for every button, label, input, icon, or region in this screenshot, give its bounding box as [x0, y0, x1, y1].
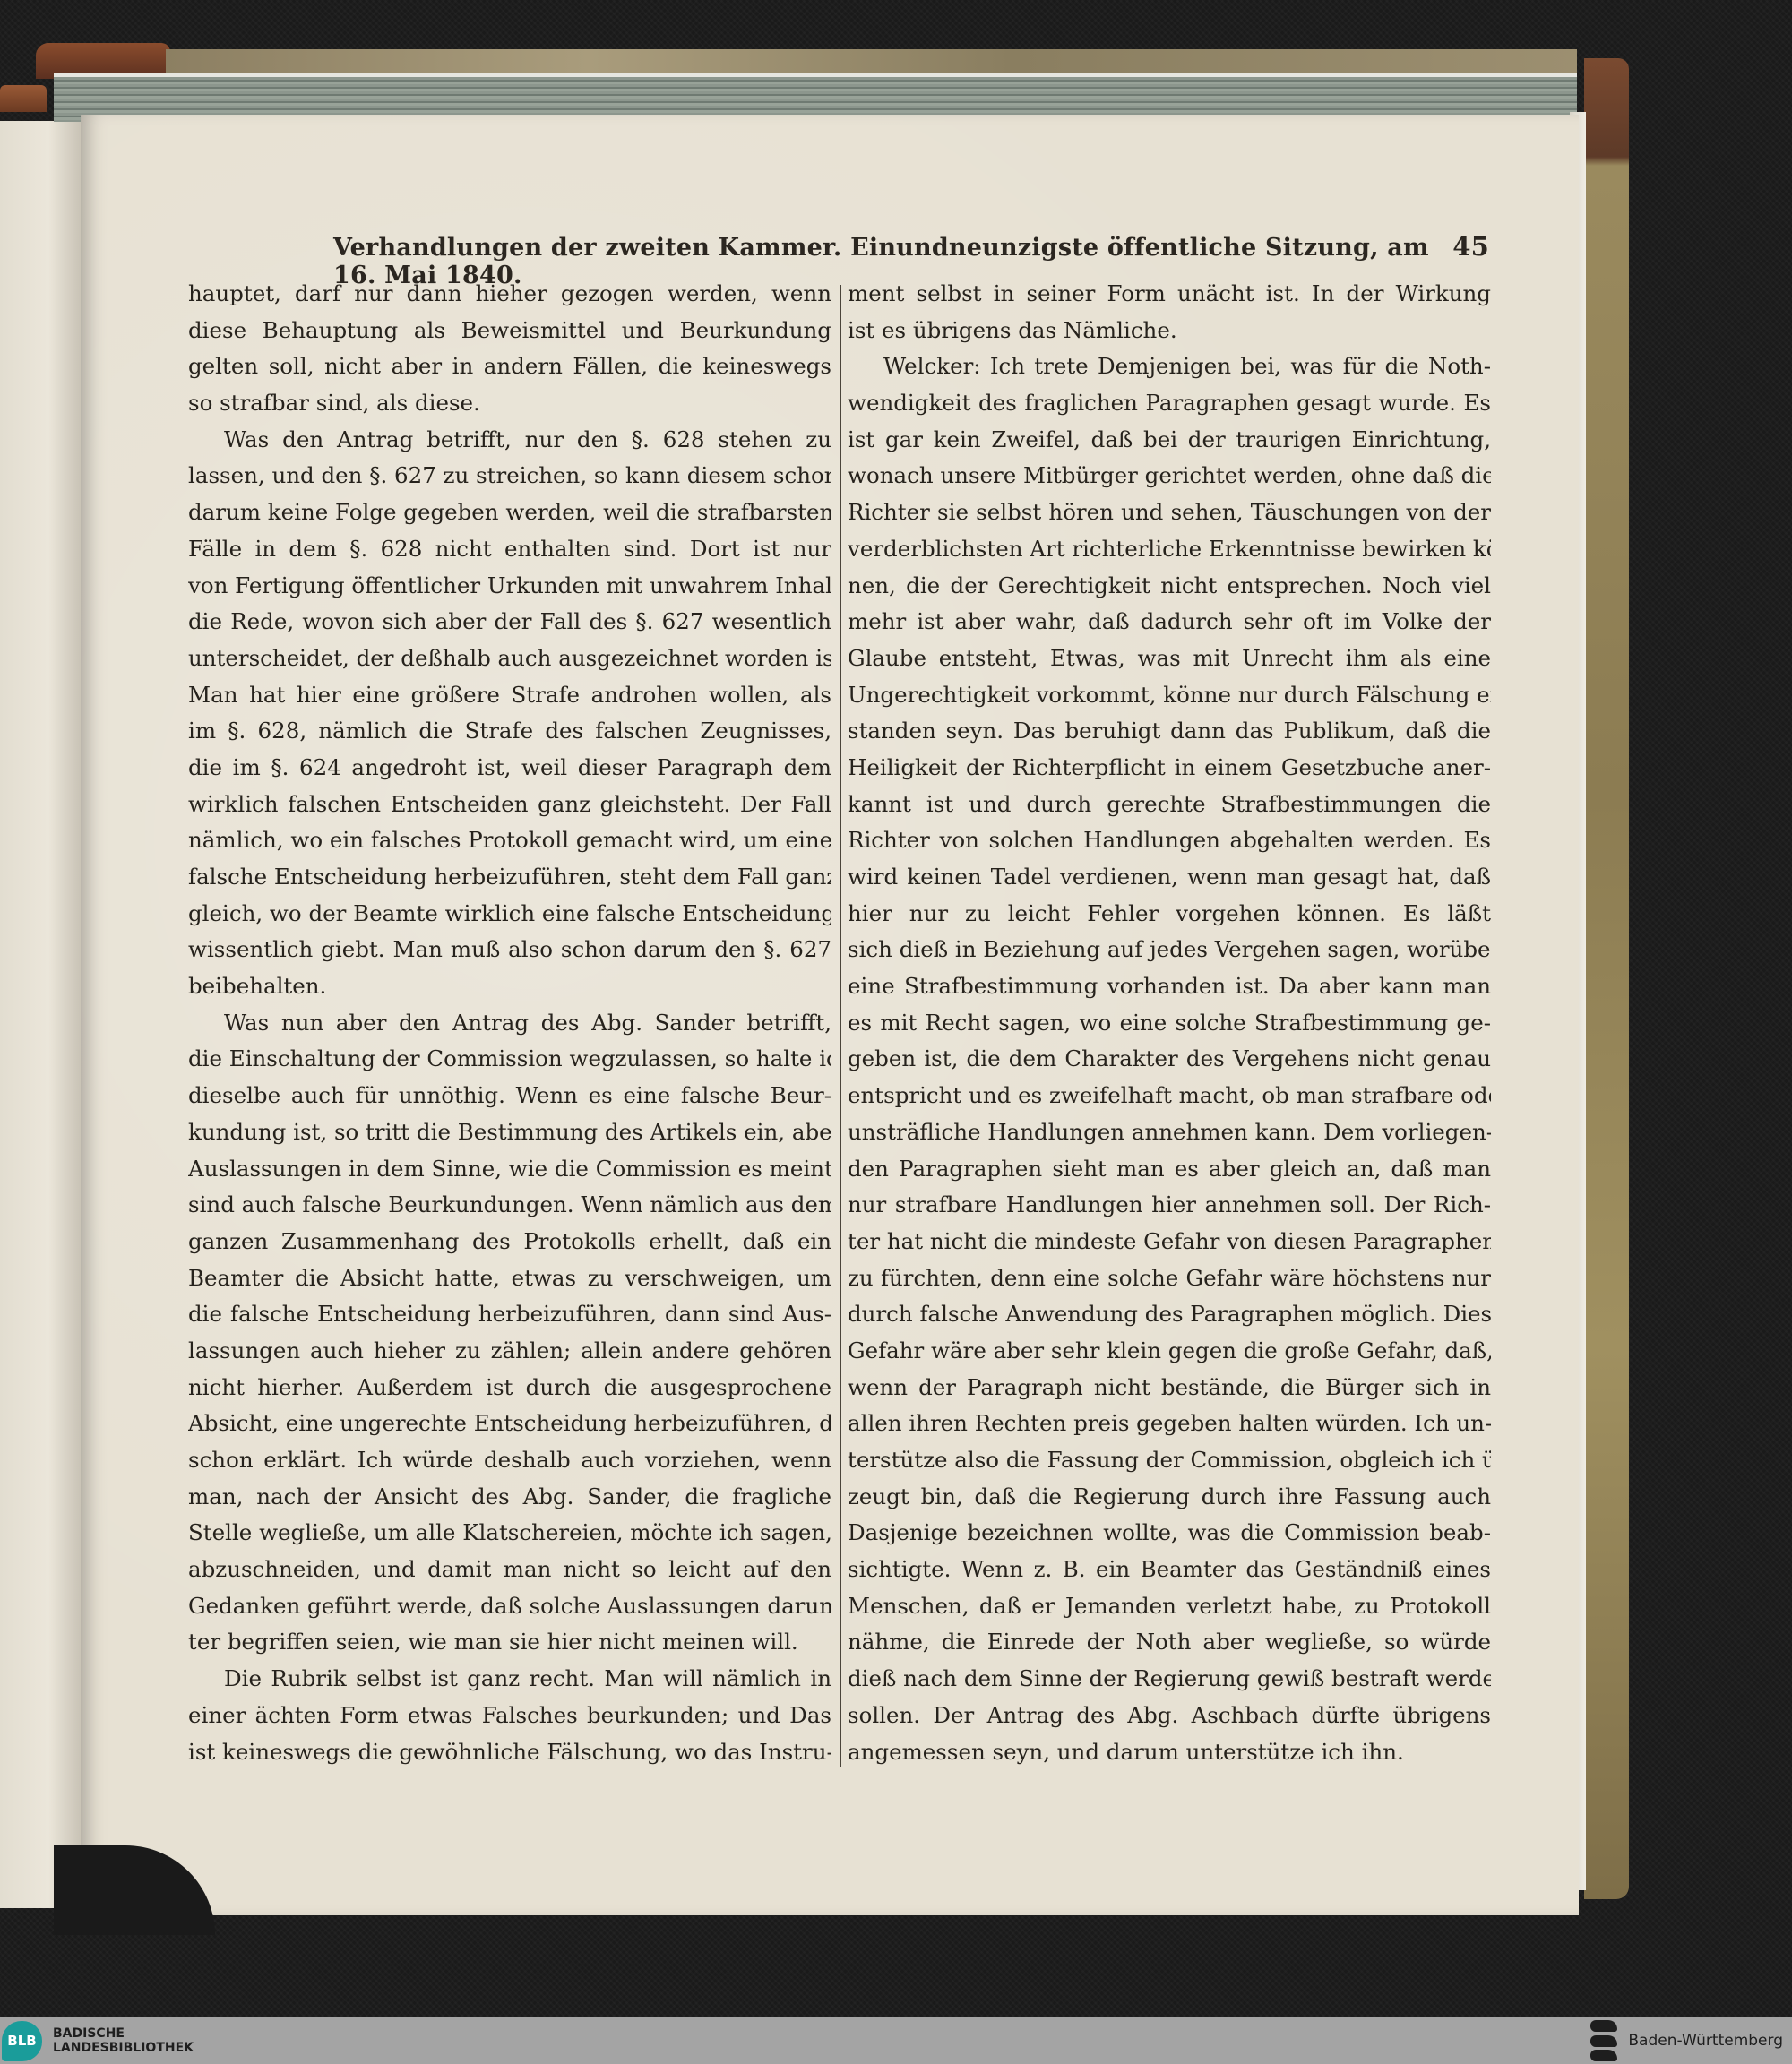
text-line: nicht hierher. Außerdem ist durch die au…	[188, 1370, 831, 1406]
footer-banner: BLB BADISCHE LANDESBIBLIOTHEK Baden-Würt…	[0, 2017, 1792, 2064]
left-page-sliver	[0, 121, 81, 1908]
text-line: gleich, wo der Beamte wirklich eine fals…	[188, 896, 831, 933]
text-line: die Rede, wovon sich aber der Fall des §…	[188, 604, 831, 641]
text-line: schon erklärt. Ich würde deshalb auch vo…	[188, 1442, 831, 1479]
text-line: zu fürchten, denn eine solche Gefahr wär…	[848, 1260, 1491, 1297]
text-line: allen ihren Rechten preis gegeben halten…	[848, 1406, 1491, 1442]
text-line: wissentlich giebt. Man muß also schon da…	[188, 932, 831, 968]
text-line: Richter sie selbst hören und sehen, Täus…	[848, 494, 1491, 531]
text-line: gelten soll, nicht aber in andern Fällen…	[188, 348, 831, 385]
text-line: dieß nach dem Sinne der Regierung gewiß …	[848, 1661, 1491, 1698]
text-line: kundung ist, so tritt die Bestimmung des…	[188, 1114, 831, 1151]
text-line: ganzen Zusammenhang des Protokolls erhel…	[188, 1224, 831, 1260]
text-line: angemessen seyn, und darum unterstütze i…	[848, 1734, 1491, 1771]
text-line: Die Rubrik selbst ist ganz recht. Man wi…	[188, 1661, 831, 1698]
text-line: Auslassungen in dem Sinne, wie die Commi…	[188, 1151, 831, 1188]
text-line: sichtigte. Wenn z. B. ein Beamter das Ge…	[848, 1552, 1491, 1588]
text-line: hier nur zu leicht Fehler vorgehen könne…	[848, 896, 1491, 933]
text-line: hauptet, darf nur dann hieher gezogen we…	[188, 276, 831, 313]
text-line: geben ist, die dem Charakter des Vergehe…	[848, 1041, 1491, 1078]
text-line: terstütze also die Fassung der Commissio…	[848, 1442, 1491, 1479]
text-line: beibehalten.	[188, 968, 831, 1005]
text-line: Dasjenige bezeichnen wollte, was die Com…	[848, 1515, 1491, 1552]
text-line: unsträfliche Handlungen annehmen kann. D…	[848, 1114, 1491, 1151]
text-line: Absicht, eine ungerechte Entscheidung he…	[188, 1406, 831, 1442]
text-line: ist keineswegs die gewöhnliche Fälschung…	[188, 1734, 831, 1771]
text-line: standen seyn. Das beruhigt dann das Publ…	[848, 713, 1491, 750]
text-line: Gefahr wäre aber sehr klein gegen die gr…	[848, 1333, 1491, 1370]
text-line: Richter von solchen Handlungen abgehalte…	[848, 822, 1491, 859]
text-line: nen, die der Gerechtigkeit nicht entspre…	[848, 568, 1491, 605]
text-line: sind auch falsche Beurkundungen. Wenn nä…	[188, 1187, 831, 1224]
blb-branding[interactable]: BLB BADISCHE LANDESBIBLIOTHEK	[2, 2021, 194, 2061]
right-cover-edge	[1584, 58, 1629, 1899]
text-line: sollen. Der Antrag des Abg. Aschbach dür…	[848, 1698, 1491, 1734]
text-line: wonach unsere Mitbürger gerichtet werden…	[848, 458, 1491, 494]
text-line: nähme, die Einrede der Noth aber wegließ…	[848, 1624, 1491, 1661]
text-line: Man hat hier eine größere Strafe androhe…	[188, 677, 831, 714]
blb-name: BADISCHE LANDESBIBLIOTHEK	[53, 2026, 194, 2055]
text-line: von Fertigung öffentlicher Urkunden mit …	[188, 568, 831, 605]
text-line: lassungen auch hieher zu zählen; allein …	[188, 1333, 831, 1370]
text-line: so strafbar sind, als diese.	[188, 385, 831, 422]
text-line: die Einschaltung der Commission wegzulas…	[188, 1041, 831, 1078]
text-line: lassen, und den §. 627 zu streichen, so …	[188, 458, 831, 494]
text-line: eine Strafbestimmung vorhanden ist. Da a…	[848, 968, 1491, 1005]
text-line: wirklich falschen Entscheiden ganz gleic…	[188, 787, 831, 823]
text-line: den Paragraphen sieht man es aber gleich…	[848, 1151, 1491, 1188]
three-lions-icon	[1590, 2020, 1617, 2061]
text-line: entspricht und es zweifelhaft macht, ob …	[848, 1078, 1491, 1114]
text-line: die falsche Entscheidung herbeizuführen,…	[188, 1296, 831, 1333]
page-number: 45	[1452, 231, 1489, 262]
text-line: diese Behauptung als Beweismittel und Be…	[188, 313, 831, 349]
text-line: man, nach der Ansicht des Abg. Sander, d…	[188, 1479, 831, 1516]
text-line: Was nun aber den Antrag des Abg. Sander …	[188, 1005, 831, 1042]
text-line: Gedanken geführt werde, daß solche Ausla…	[188, 1588, 831, 1625]
left-cover-edge	[0, 85, 47, 112]
text-line: ment selbst in seiner Form unächt ist. I…	[848, 276, 1491, 313]
text-line: ist gar kein Zweifel, daß bei der trauri…	[848, 422, 1491, 459]
text-line: im §. 628, nämlich die Strafe des falsch…	[188, 713, 831, 750]
text-line: einer ächten Form etwas Falsches beurkun…	[188, 1698, 831, 1734]
text-line: darum keine Folge gegeben werden, weil d…	[188, 494, 831, 531]
text-line: zeugt bin, daß die Regierung durch ihre …	[848, 1479, 1491, 1516]
text-line: Was den Antrag betrifft, nur den §. 628 …	[188, 422, 831, 459]
text-line: falsche Entscheidung herbeizuführen, ste…	[188, 859, 831, 896]
text-line: wenn der Paragraph nicht bestände, die B…	[848, 1370, 1491, 1406]
blb-name-line1: BADISCHE	[53, 2026, 194, 2041]
text-line: kannt ist und durch gerechte Strafbestim…	[848, 787, 1491, 823]
text-line: wendigkeit des fraglichen Paragraphen ge…	[848, 385, 1491, 422]
text-line: unterscheidet, der deßhalb auch ausgezei…	[188, 641, 831, 677]
text-line: abzuschneiden, und damit man nicht so le…	[188, 1552, 831, 1588]
text-line: verderblichsten Art richterliche Erkennt…	[848, 531, 1491, 568]
text-line: es mit Recht sagen, wo eine solche Straf…	[848, 1005, 1491, 1042]
text-line: nur strafbare Handlungen hier annehmen s…	[848, 1187, 1491, 1224]
text-column-left: hauptet, darf nur dann hieher gezogen we…	[188, 276, 831, 1770]
text-line: Heiligkeit der Richterpflicht in einem G…	[848, 750, 1491, 787]
text-line: Welcker: Ich trete Demjenigen bei, was f…	[848, 348, 1491, 385]
running-head: Verhandlungen der zweiten Kammer. Einund…	[333, 231, 1489, 267]
bw-branding[interactable]: Baden-Württemberg	[1590, 2020, 1783, 2061]
blb-logo-icon: BLB	[2, 2021, 42, 2061]
bw-name: Baden-Württemberg	[1628, 2032, 1783, 2050]
blb-name-line2: LANDESBIBLIOTHEK	[53, 2041, 194, 2055]
text-line: Menschen, daß er Jemanden verletzt habe,…	[848, 1588, 1491, 1625]
text-line: Glaube entsteht, Etwas, was mit Unrecht …	[848, 641, 1491, 677]
text-line: dieselbe auch für unnöthig. Wenn es eine…	[188, 1078, 831, 1114]
text-line: ter begriffen seien, wie man sie hier ni…	[188, 1624, 831, 1661]
text-line: mehr ist aber wahr, daß dadurch sehr oft…	[848, 604, 1491, 641]
text-line: durch falsche Anwendung des Paragraphen …	[848, 1296, 1491, 1333]
text-line: wird keinen Tadel verdienen, wenn man ge…	[848, 859, 1491, 896]
column-divider	[840, 285, 841, 1767]
text-line: ter hat nicht die mindeste Gefahr von di…	[848, 1224, 1491, 1260]
text-line: ist es übrigens das Nämliche.	[848, 313, 1491, 349]
text-line: Ungerechtigkeit vorkommt, könne nur durc…	[848, 677, 1491, 714]
text-line: sich dieß in Beziehung auf jedes Vergehe…	[848, 932, 1491, 968]
text-line: Beamter die Absicht hatte, etwas zu vers…	[188, 1260, 831, 1297]
text-line: die im §. 624 angedroht ist, weil dieser…	[188, 750, 831, 787]
text-line: Fälle in dem §. 628 nicht enthalten sind…	[188, 531, 831, 568]
text-column-right: ment selbst in seiner Form unächt ist. I…	[848, 276, 1491, 1770]
text-line: nämlich, wo ein falsches Protokoll gemac…	[188, 822, 831, 859]
text-line: Stelle wegließe, um alle Klatschereien, …	[188, 1515, 831, 1552]
top-cover-edge	[166, 49, 1577, 76]
